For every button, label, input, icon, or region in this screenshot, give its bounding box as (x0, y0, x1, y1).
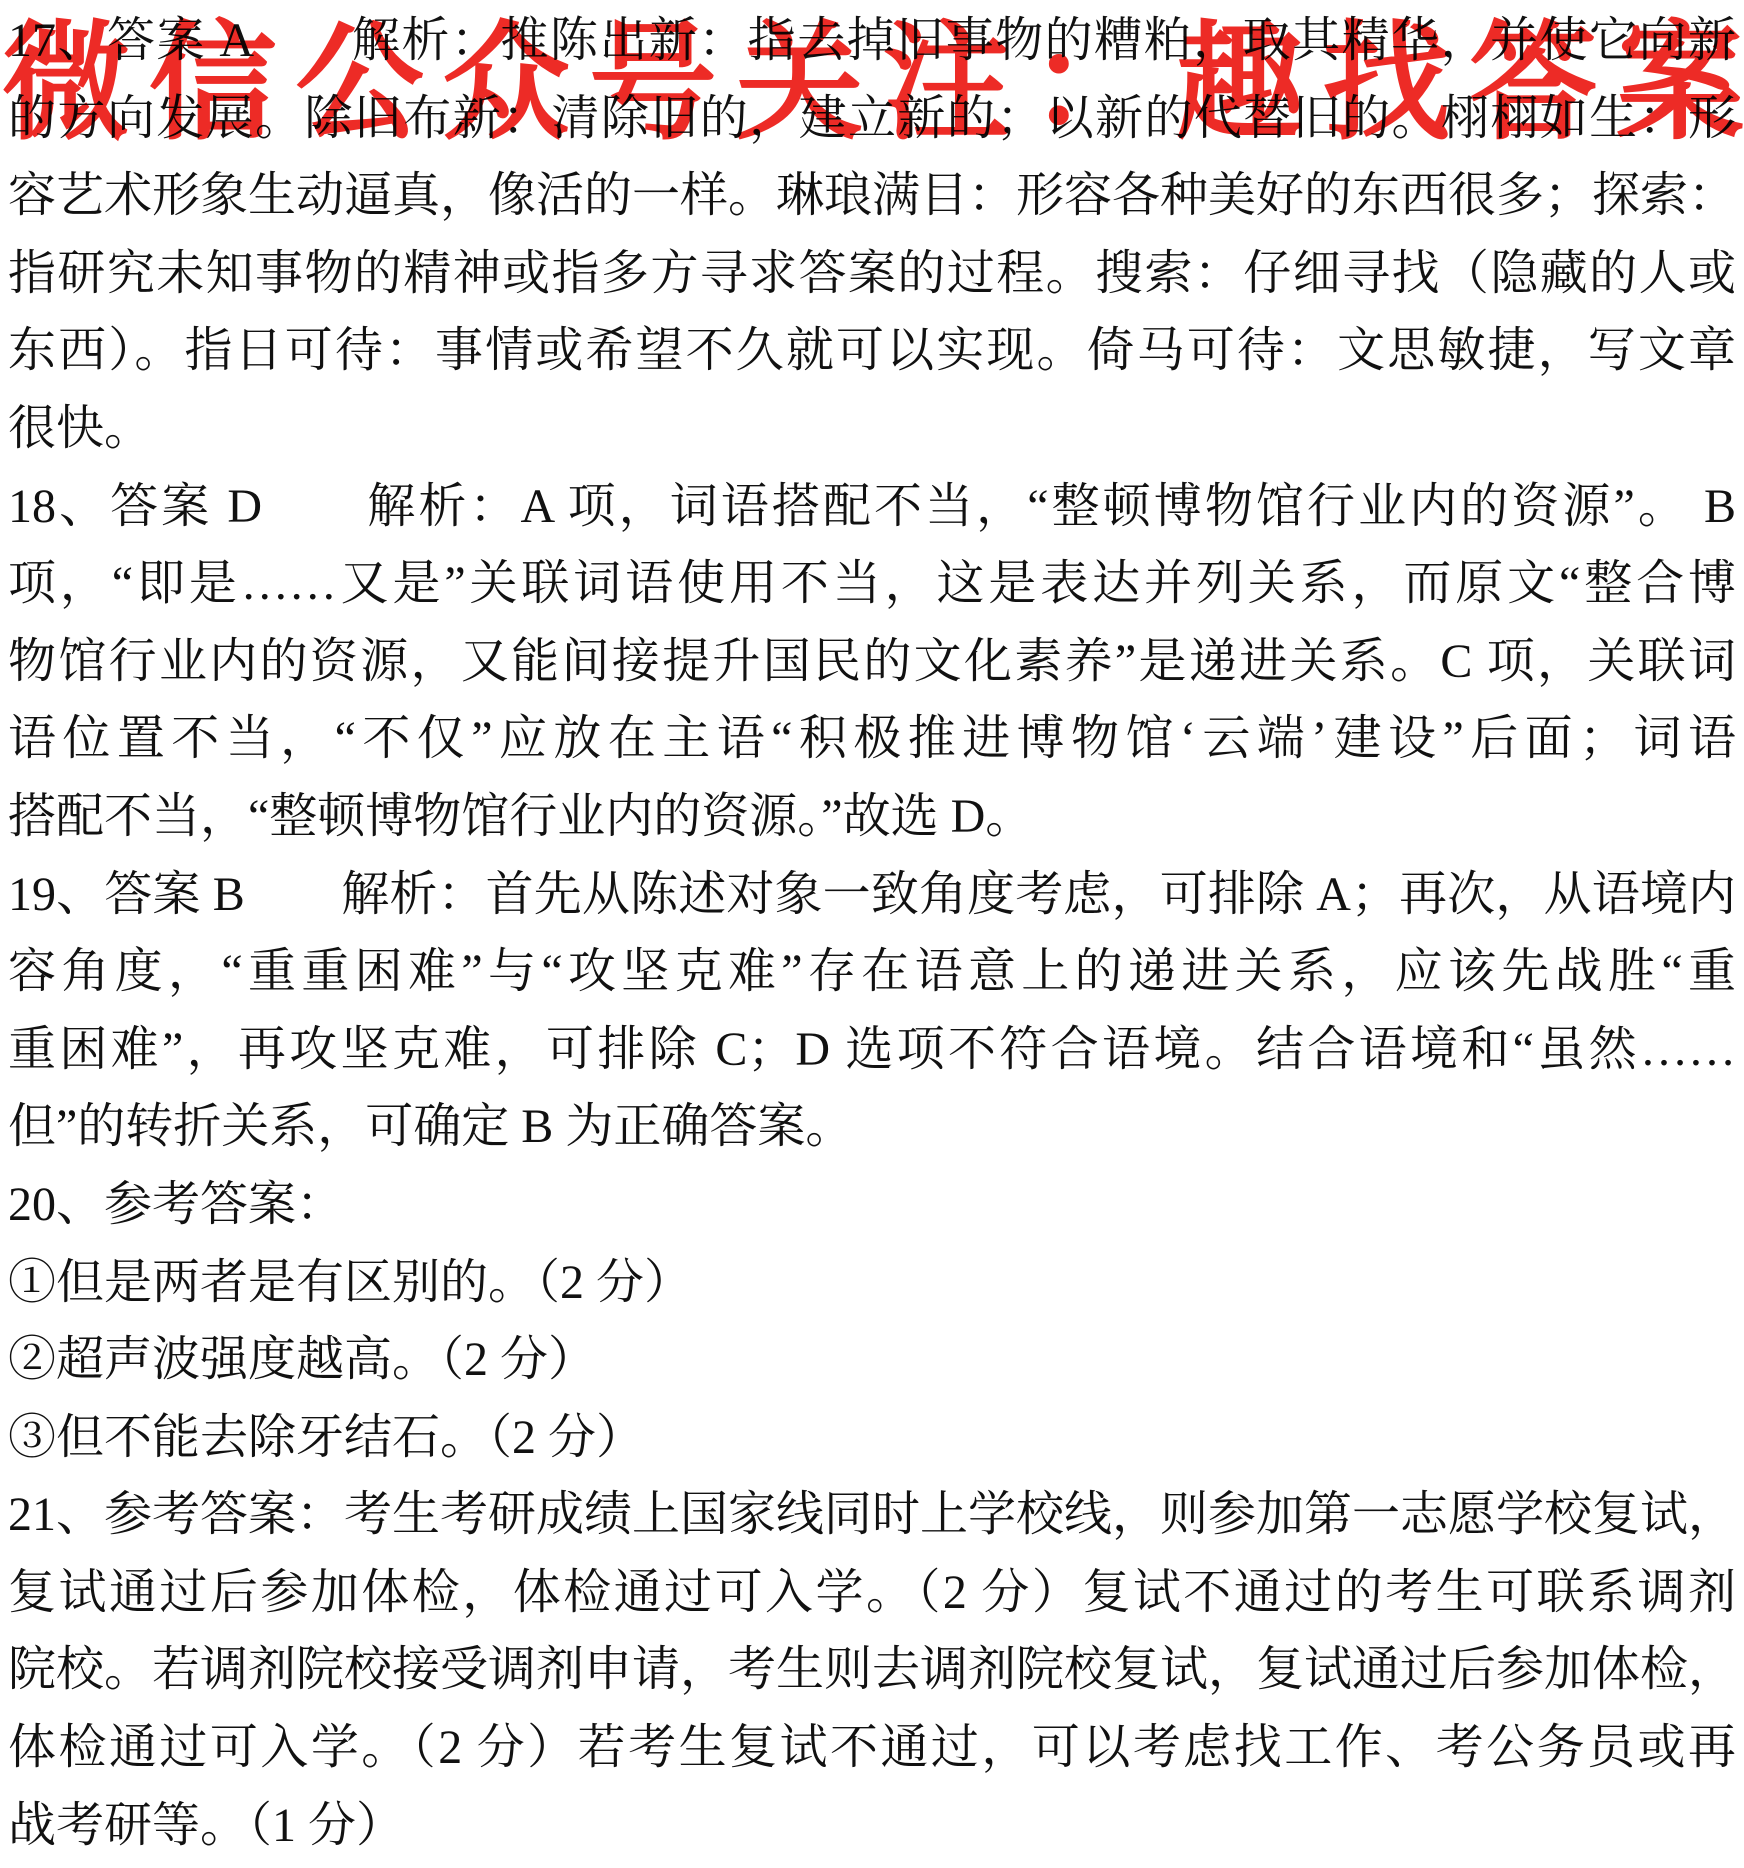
text-line: 容角度，“重重困难”与“攻坚克难”存在语意上的递进关系，应该先战胜“重 (8, 933, 1736, 1011)
text-line: 但”的转折关系，可确定 B 为正确答案。 (8, 1088, 1736, 1166)
text-line: 的方向发展。除旧布新：清除旧的，建立新的；以新的代替旧的。栩栩如生：形 (8, 80, 1736, 158)
text-line: 18、答案 D 解析：A 项，词语搭配不当，“整顿博物馆行业内的资源”。 B (8, 468, 1736, 546)
text-line: 物馆行业内的资源，又能间接提升国民的文化素养”是递进关系。C 项，关联词 (8, 623, 1736, 701)
text-line: 21、参考答案：考生考研成绩上国家线同时上学校线，则参加第一志愿学校复试， (8, 1476, 1736, 1554)
text-line: 项，“即是……又是”关联词语使用不当，这是表达并列关系，而原文“整合博 (8, 545, 1736, 623)
text-line: 容艺术形象生动逼真，像活的一样。琳琅满目：形容各种美好的东西很多；探索： (8, 157, 1736, 235)
text-line: 战考研等。（1 分） (8, 1787, 1736, 1865)
text-line: 指研究未知事物的精神或指多方寻求答案的过程。搜索：仔细寻找（隐藏的人或 (8, 235, 1736, 313)
answer-key-text-body: 17、答案 A 解析：推陈出新：指去掉旧事物的糟粕，取其精华，并使它向新 的方向… (8, 2, 1736, 1864)
text-line: 20、参考答案： (8, 1166, 1736, 1244)
text-line: ③但不能去除牙结石。（2 分） (8, 1399, 1736, 1477)
text-line: ①但是两者是有区别的。（2 分） (8, 1244, 1736, 1322)
text-line: 语位置不当，“不仅”应放在主语“积极推进博物馆‘云端’建设”后面；词语 (8, 700, 1736, 778)
text-line: 19、答案 B 解析：首先从陈述对象一致角度考虑，可排除 A；再次，从语境内 (8, 856, 1736, 934)
text-line: ②超声波强度越高。（2 分） (8, 1321, 1736, 1399)
text-line: 东西）。指日可待：事情或希望不久就可以实现。倚马可待：文思敏捷，写文章 (8, 312, 1736, 390)
text-line: 17、答案 A 解析：推陈出新：指去掉旧事物的糟粕，取其精华，并使它向新 (8, 2, 1736, 80)
text-line: 体检通过可入学。（2 分）若考生复试不通过，可以考虑找工作、考公务员或再 (8, 1709, 1736, 1787)
text-line: 院校。若调剂院校接受调剂申请，考生则去调剂院校复试，复试通过后参加体检， (8, 1631, 1736, 1709)
answer-key-page: 17、答案 A 解析：推陈出新：指去掉旧事物的糟粕，取其精华，并使它向新 的方向… (0, 0, 1744, 1868)
text-line: 重困难”，再攻坚克难，可排除 C；D 选项不符合语境。结合语境和“虽然…… (8, 1011, 1736, 1089)
text-line: 复试通过后参加体检，体检通过可入学。（2 分）复试不通过的考生可联系调剂 (8, 1554, 1736, 1632)
text-line: 搭配不当，“整顿博物馆行业内的资源。”故选 D。 (8, 778, 1736, 856)
text-line: 很快。 (8, 390, 1736, 468)
